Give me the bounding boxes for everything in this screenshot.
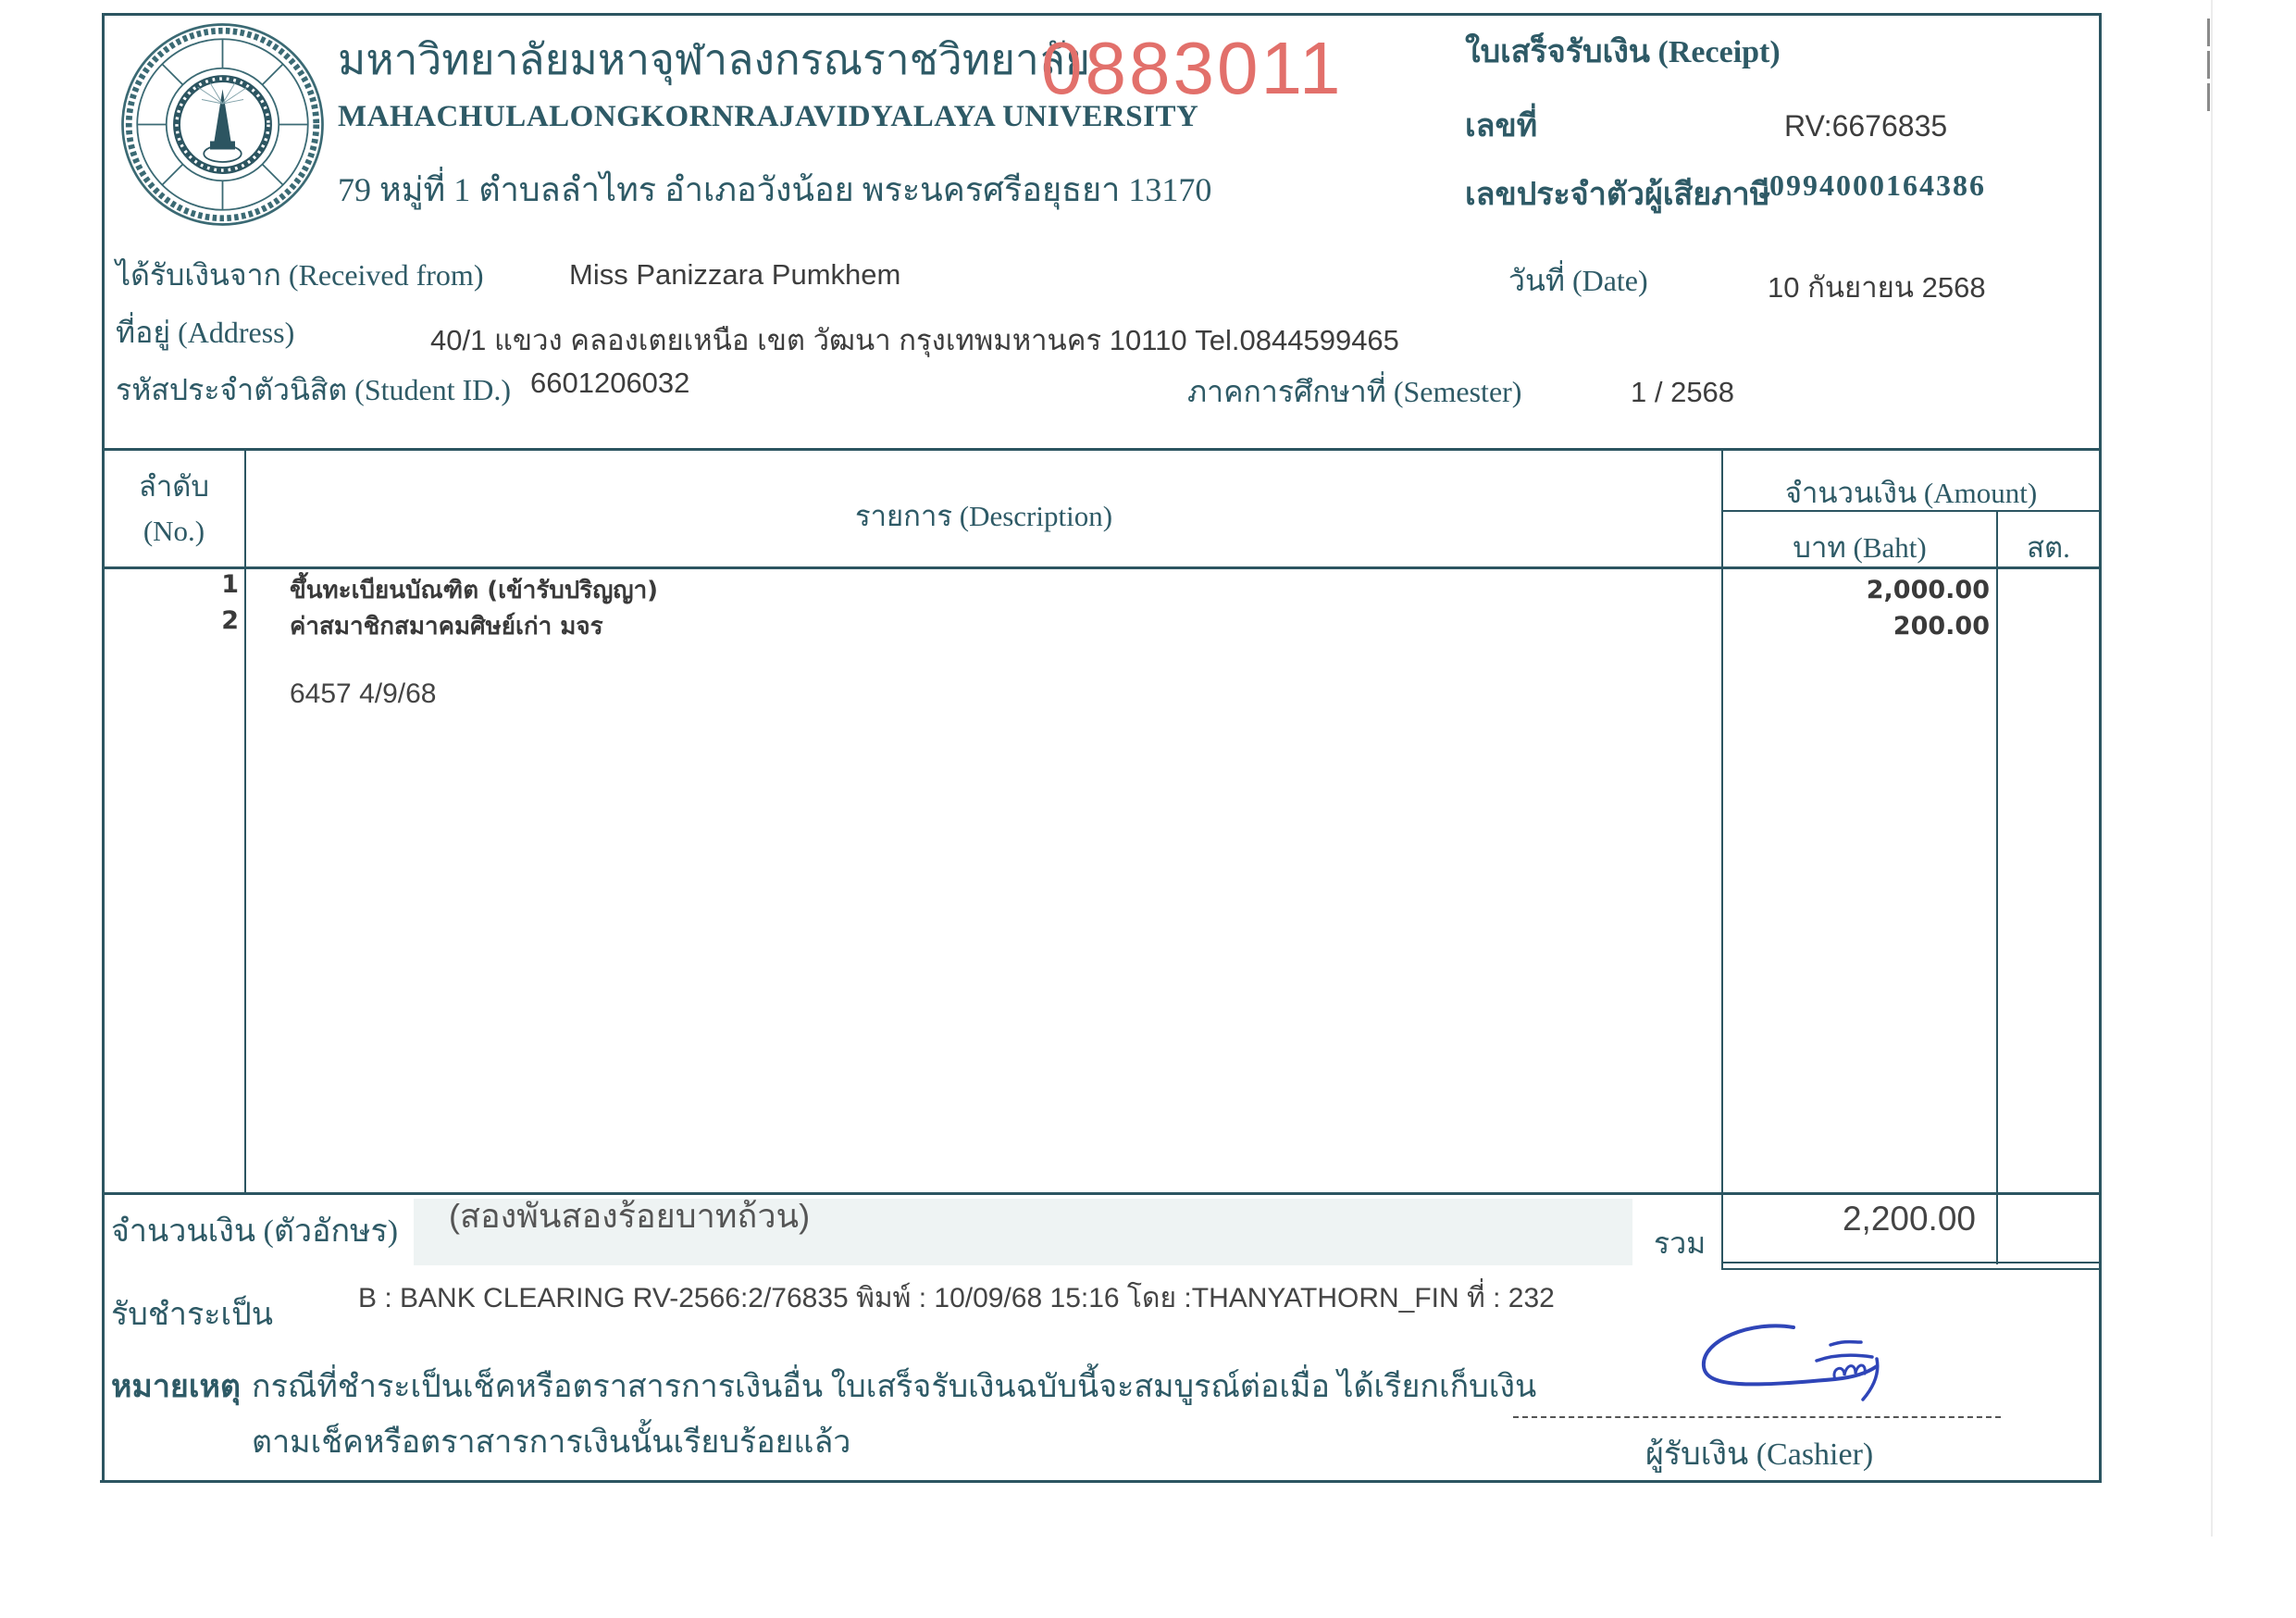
receipt-number-label: เลขที่ bbox=[1465, 100, 1537, 150]
col-header-amount: จำนวนเงิน (Amount) bbox=[1723, 469, 2099, 516]
page-edge-mark bbox=[2207, 51, 2210, 79]
col-header-baht: บาท (Baht) bbox=[1723, 524, 1996, 570]
handwritten-signature-icon bbox=[1696, 1322, 1891, 1405]
receipt-title: ใบเสร็จรับเงิน (Receipt) bbox=[1465, 26, 1781, 76]
paid-by-label: รับชำระเป็น bbox=[111, 1288, 273, 1338]
student-id-value: 6601206032 bbox=[530, 367, 689, 400]
form-serial-number: 0883011 bbox=[1041, 26, 1344, 111]
item-number: 2 bbox=[211, 606, 239, 635]
col-header-description: รายการ (Description) bbox=[246, 492, 1721, 539]
page-edge-mark bbox=[2207, 83, 2210, 111]
item-amount: 200.00 bbox=[1758, 612, 1990, 641]
item-amount: 2,000.00 bbox=[1758, 576, 1990, 604]
amount-words-value: (สองพันสองร้อยบาทถ้วน) bbox=[449, 1189, 810, 1242]
date-label: วันที่ (Date) bbox=[1508, 257, 1648, 305]
amount-words-label: จำนวนเงิน (ตัวอักษร) bbox=[111, 1205, 398, 1255]
tax-id: 0994000164386 bbox=[1769, 168, 1986, 203]
reference-note: 6457 4/9/68 bbox=[290, 678, 436, 710]
item-description: ค่าสมาชิกสมาคมศิษย์เก่า มจร bbox=[290, 607, 603, 645]
page-edge bbox=[2211, 0, 2213, 1537]
address-value: 40/1 แขวง คลองเตยเหนือ เขต วัฒนา กรุงเทพ… bbox=[430, 317, 1399, 363]
received-from-label: ได้รับเงินจาก (Received from) bbox=[116, 252, 483, 299]
address-label: ที่อยู่ (Address) bbox=[116, 309, 294, 356]
student-id-label: รหัสประจำตัวนิสิต (Student ID.) bbox=[116, 367, 511, 414]
note-line-1: กรณีที่ชำระเป็นเช็คหรือตราสารการเงินอื่น… bbox=[252, 1361, 1536, 1411]
note-line-2: ตามเช็คหรือตราสารการเงินนั้นเรียบร้อยแล้… bbox=[252, 1416, 850, 1466]
tax-id-label: เลขประจำตัวผู้เสียภาษี bbox=[1465, 168, 1770, 218]
item-number: 1 bbox=[211, 570, 239, 599]
col-header-no-th: ลำดับ bbox=[104, 463, 244, 509]
page-edge-mark bbox=[2207, 19, 2210, 46]
university-name-th: มหาวิทยาลัยมหาจุฬาลงกรณราชวิทยาลัย bbox=[338, 26, 1090, 93]
note-label: หมายเหตุ bbox=[111, 1361, 241, 1411]
col-header-satang: สต. bbox=[1998, 524, 2099, 570]
cashier-label: ผู้รับเงิน (Cashier) bbox=[1645, 1428, 1873, 1478]
university-seal-icon bbox=[118, 20, 327, 229]
semester-label: ภาคการศึกษาที่ (Semester) bbox=[1187, 368, 1521, 416]
item-description: ขึ้นทะเบียนบัณฑิต (เข้ารับปริญญา) bbox=[290, 571, 658, 609]
received-from-value: Miss Panizzara Pumkhem bbox=[569, 258, 900, 292]
col-header-no-en: (No.) bbox=[104, 515, 244, 548]
signature-line bbox=[1513, 1416, 2001, 1418]
receipt-number: RV:6676835 bbox=[1784, 109, 1947, 143]
total-amount: 2,200.00 bbox=[1758, 1200, 1976, 1238]
university-address: 79 หมู่ที่ 1 ตำบลลำไทร อำเภอวังน้อย พระน… bbox=[338, 163, 1211, 216]
semester-value: 1 / 2568 bbox=[1631, 376, 1734, 409]
total-label: รวม bbox=[1654, 1220, 1706, 1267]
date-value: 10 กันยายน 2568 bbox=[1768, 264, 1986, 310]
paid-by-value: B : BANK CLEARING RV-2566:2/76835 พิมพ์ … bbox=[358, 1276, 1555, 1320]
